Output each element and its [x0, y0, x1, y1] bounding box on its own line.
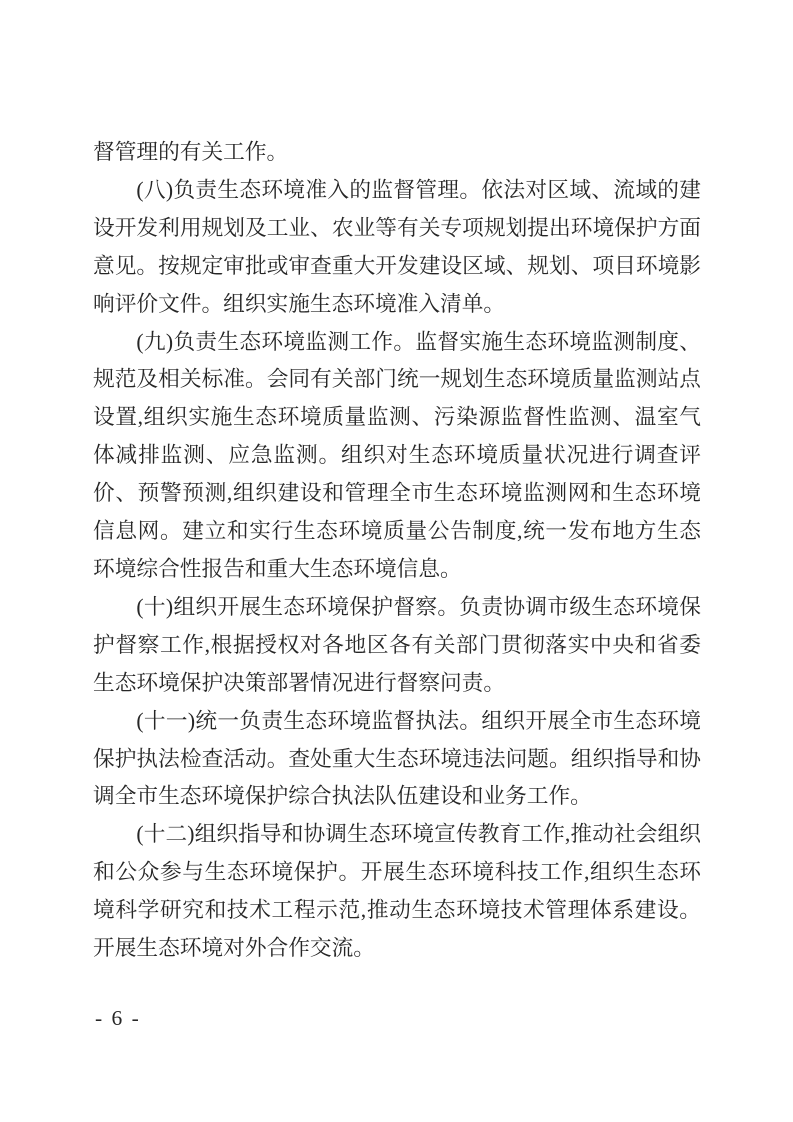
document-page: 督管理的有关工作。 (八)负责生态环境准入的监督管理。依法对区域、流域的建设开发… [0, 0, 793, 1122]
paragraph-item-8: (八)负责生态环境准入的监督管理。依法对区域、流域的建设开发利用规划及工业、农业… [93, 172, 701, 324]
document-body: 督管理的有关工作。 (八)负责生态环境准入的监督管理。依法对区域、流域的建设开发… [93, 134, 701, 968]
paragraph-item-9: (九)负责生态环境监测工作。监督实施生态环境监测制度、规范及相关标准。会同有关部… [93, 324, 701, 589]
paragraph-item-11: (十一)统一负责生态环境监督执法。组织开展全市生态环境保护执法检查活动。查处重大… [93, 703, 701, 817]
paragraph-continuation: 督管理的有关工作。 [93, 134, 701, 172]
page-number: - 6 - [95, 1003, 141, 1033]
paragraph-item-12: (十二)组织指导和协调生态环境宣传教育工作,推动社会组织和公众参与生态环境保护。… [93, 816, 701, 968]
paragraph-item-10: (十)组织开展生态环境保护督察。负责协调市级生态环境保护督察工作,根据授权对各地… [93, 589, 701, 703]
